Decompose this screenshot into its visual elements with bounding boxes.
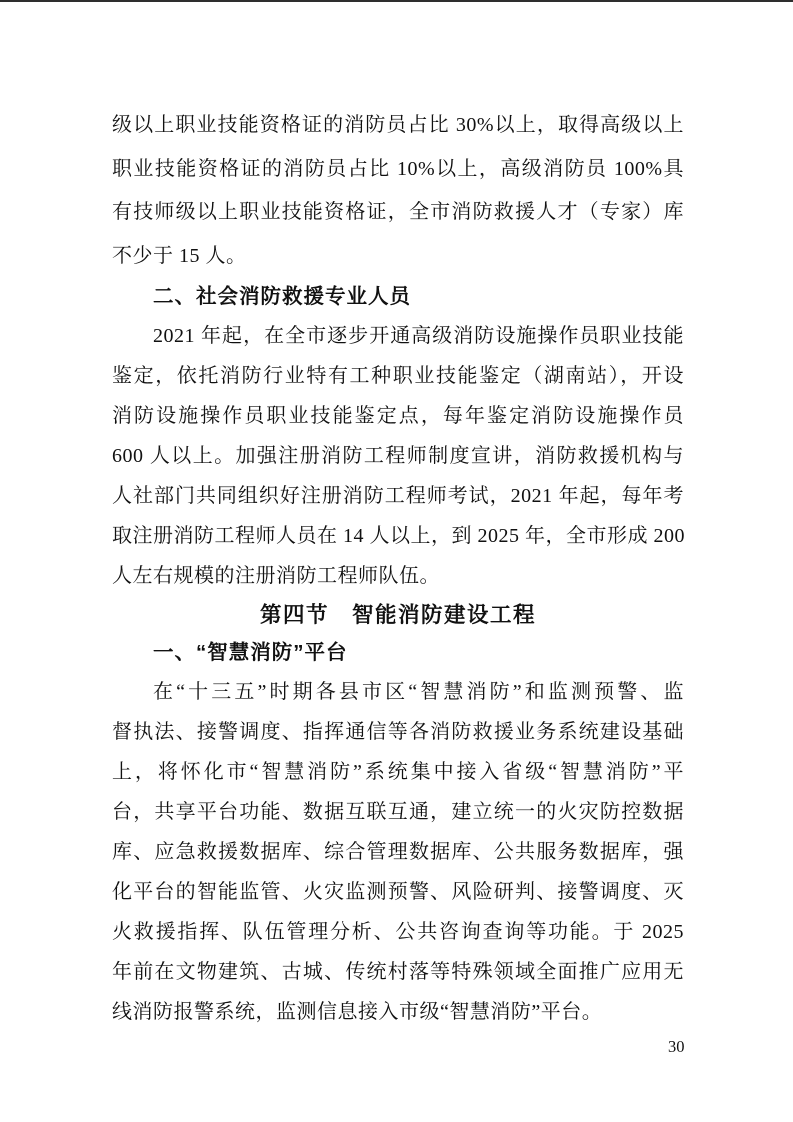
text-line: 线消防报警系统，监测信息接入市级“智慧消防”平台。 xyxy=(112,992,684,1032)
text-line: 级以上职业技能资格证的消防员占比 30%以上，取得高级以上 xyxy=(112,104,684,148)
paragraph-smart-fire-platform: 在“十三五”时期各县市区“智慧消防”和监测预警、监督执法、接警调度、指挥通信等各… xyxy=(112,672,684,1032)
text-line: 2021 年起，在全市逐步开通高级消防设施操作员职业技能 xyxy=(112,316,684,356)
text-line: 有技师级以上职业技能资格证，全市消防救援人才（专家）库 xyxy=(112,191,684,235)
paragraph-vocational-certification: 2021 年起，在全市逐步开通高级消防设施操作员职业技能鉴定，依托消防行业特有工… xyxy=(112,316,684,596)
text-line: 人社部门共同组织好注册消防工程师考试，2021 年起，每年考 xyxy=(112,476,684,516)
text-line: 年前在文物建筑、古城、传统村落等特殊领域全面推广应用无 xyxy=(112,952,684,992)
subsection-heading-1: 一、“智慧消防”平台 xyxy=(112,634,684,672)
paragraph-continuation: 级以上职业技能资格证的消防员占比 30%以上，取得高级以上职业技能资格证的消防员… xyxy=(112,104,684,278)
text-line: 取注册消防工程师人员在 14 人以上，到 2025 年，全市形成 200 xyxy=(112,516,684,556)
text-line: 库、应急救援数据库、综合管理数据库、公共服务数据库，强 xyxy=(112,832,684,872)
section-heading-smart-fire-project: 第四节 智能消防建设工程 xyxy=(112,596,684,634)
text-line: 台，共享平台功能、数据互联互通，建立统一的火灾防控数据 xyxy=(112,792,684,832)
text-line: 消防设施操作员职业技能鉴定点，每年鉴定消防设施操作员 xyxy=(112,396,684,436)
text-line: 化平台的智能监管、火灾监测预警、风险研判、接警调度、灭 xyxy=(112,872,684,912)
text-line: 600 人以上。加强注册消防工程师制度宣讲，消防救援机构与 xyxy=(112,436,684,476)
scan-edge-artifact xyxy=(0,0,793,2)
page-number: 30 xyxy=(668,1036,685,1058)
text-block: 级以上职业技能资格证的消防员占比 30%以上，取得高级以上职业技能资格证的消防员… xyxy=(112,104,684,1032)
text-line: 职业技能资格证的消防员占比 10%以上，高级消防员 100%具 xyxy=(112,148,684,192)
text-line: 不少于 15 人。 xyxy=(112,235,684,279)
text-line: 督执法、接警调度、指挥通信等各消防救援业务系统建设基础 xyxy=(112,712,684,752)
text-line: 在“十三五”时期各县市区“智慧消防”和监测预警、监 xyxy=(112,672,684,712)
subsection-heading-2: 二、社会消防救援专业人员 xyxy=(112,278,684,316)
text-line: 上，将怀化市“智慧消防”系统集中接入省级“智慧消防”平 xyxy=(112,752,684,792)
text-line: 人左右规模的注册消防工程师队伍。 xyxy=(112,556,684,596)
text-line: 鉴定，依托消防行业特有工种职业技能鉴定（湖南站），开设 xyxy=(112,356,684,396)
text-line: 火救援指挥、队伍管理分析、公共咨询查询等功能。于 2025 xyxy=(112,912,684,952)
document-page: 级以上职业技能资格证的消防员占比 30%以上，取得高级以上职业技能资格证的消防员… xyxy=(0,0,793,1122)
